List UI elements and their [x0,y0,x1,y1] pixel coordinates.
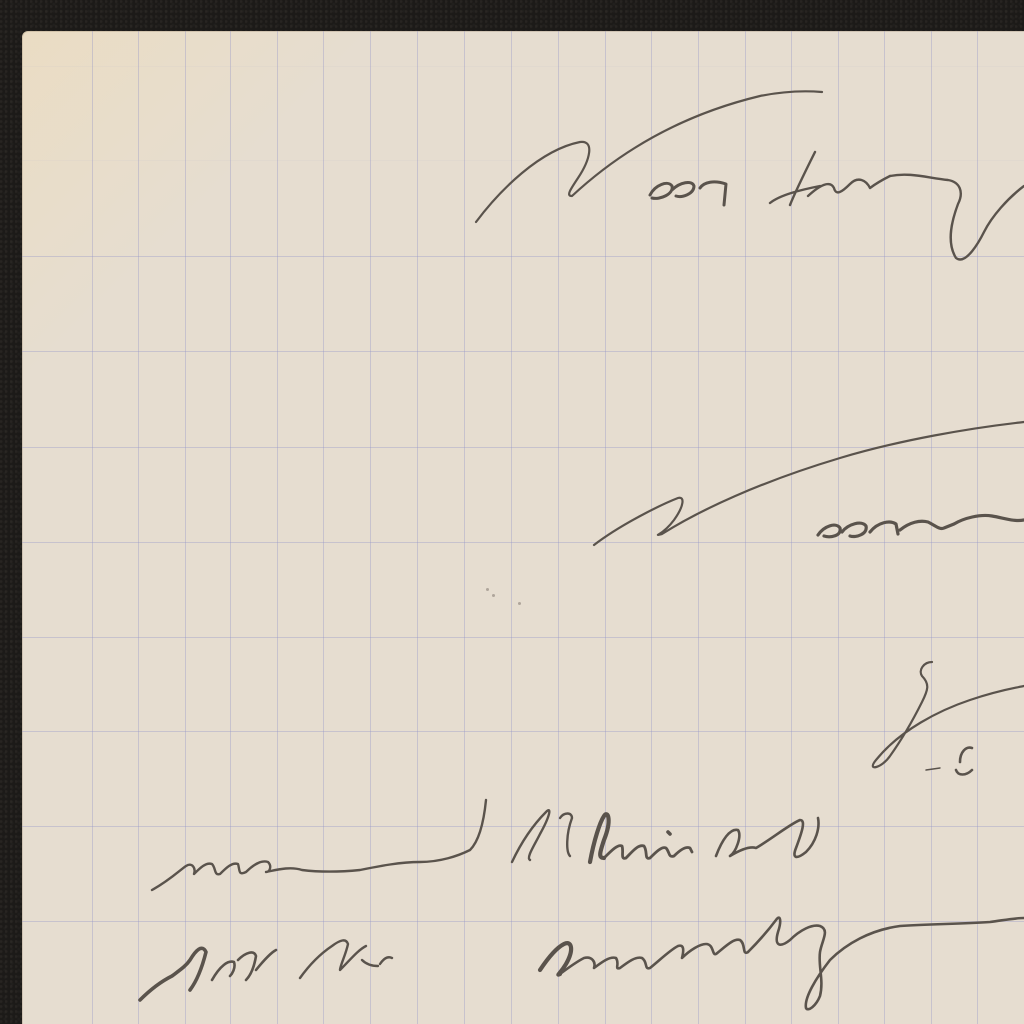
paper-blemish [486,588,489,591]
paper-blemish [518,602,521,605]
handwritten-line-1 [476,91,1024,259]
paper-blemish [492,594,495,597]
handwriting-ink [0,0,1024,1024]
handwritten-line-4 [152,800,819,890]
handwritten-line-2 [594,422,1024,545]
handwritten-line-3 [873,662,1024,775]
handwritten-line-5 [140,918,1024,1010]
